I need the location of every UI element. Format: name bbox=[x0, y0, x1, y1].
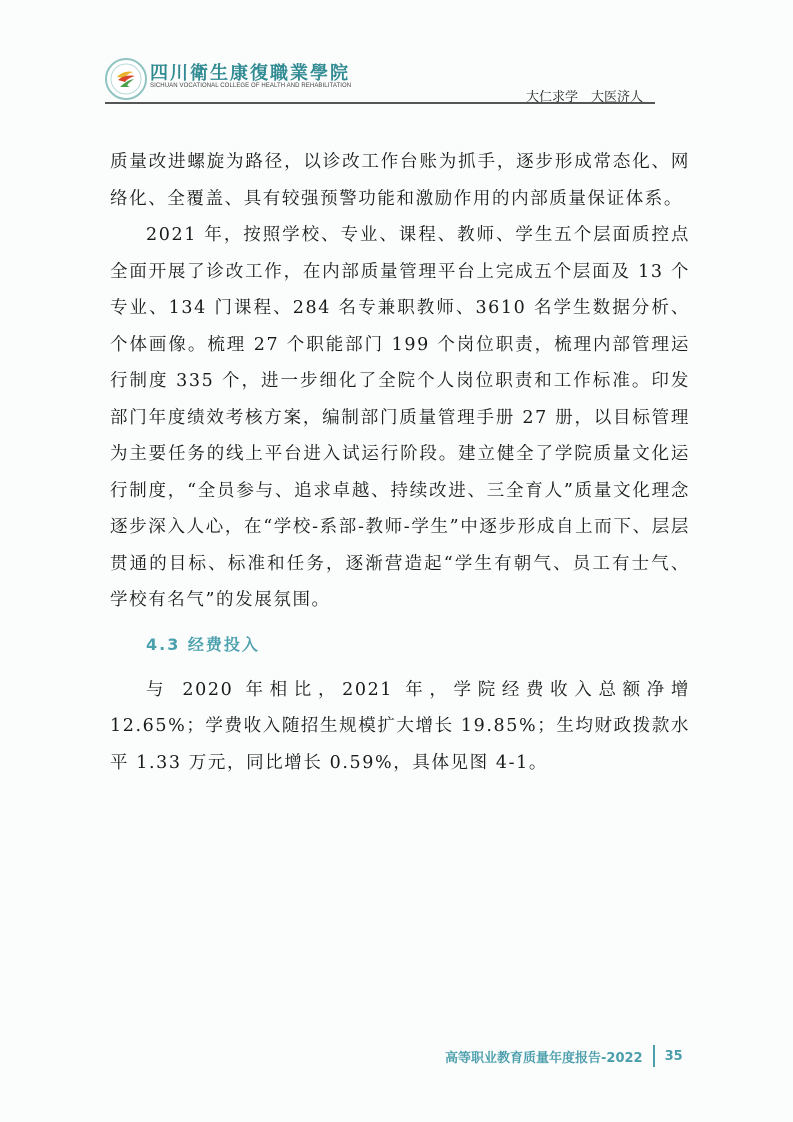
footer-divider bbox=[653, 1045, 655, 1067]
body-paragraph-continued: 质量改进螺旋为路径，以诊改工作台账为抓手，逐步形成常态化、网络化、全覆盖、具有较… bbox=[110, 144, 690, 217]
document-body: 质量改进螺旋为路径，以诊改工作台账为抓手，逐步形成常态化、网络化、全覆盖、具有较… bbox=[110, 144, 690, 781]
body-paragraph: 2021 年，按照学校、专业、课程、教师、学生五个层面质控点全面开展了诊改工作，… bbox=[110, 217, 690, 619]
report-title: 高等职业教育质量年度报告-2022 bbox=[445, 1047, 643, 1066]
page-footer: 高等职业教育质量年度报告-2022 35 bbox=[445, 1045, 683, 1067]
header-divider bbox=[105, 102, 655, 104]
section-heading: 4.3 经费投入 bbox=[146, 630, 690, 660]
page-header: 四川衛生康復職業學院 SICHUAN VOCATIONAL COLLEGE OF… bbox=[0, 0, 793, 120]
college-name-cn: 四川衛生康復職業學院 bbox=[150, 59, 350, 85]
page-number: 35 bbox=[665, 1049, 683, 1064]
college-emblem-icon bbox=[105, 58, 147, 100]
section-paragraph: 与 2020 年相比，2021 年，学院经费收入总额净增 12.65%；学费收入… bbox=[110, 672, 690, 782]
college-name-en: SICHUAN VOCATIONAL COLLEGE OF HEALTH AND… bbox=[150, 83, 351, 89]
